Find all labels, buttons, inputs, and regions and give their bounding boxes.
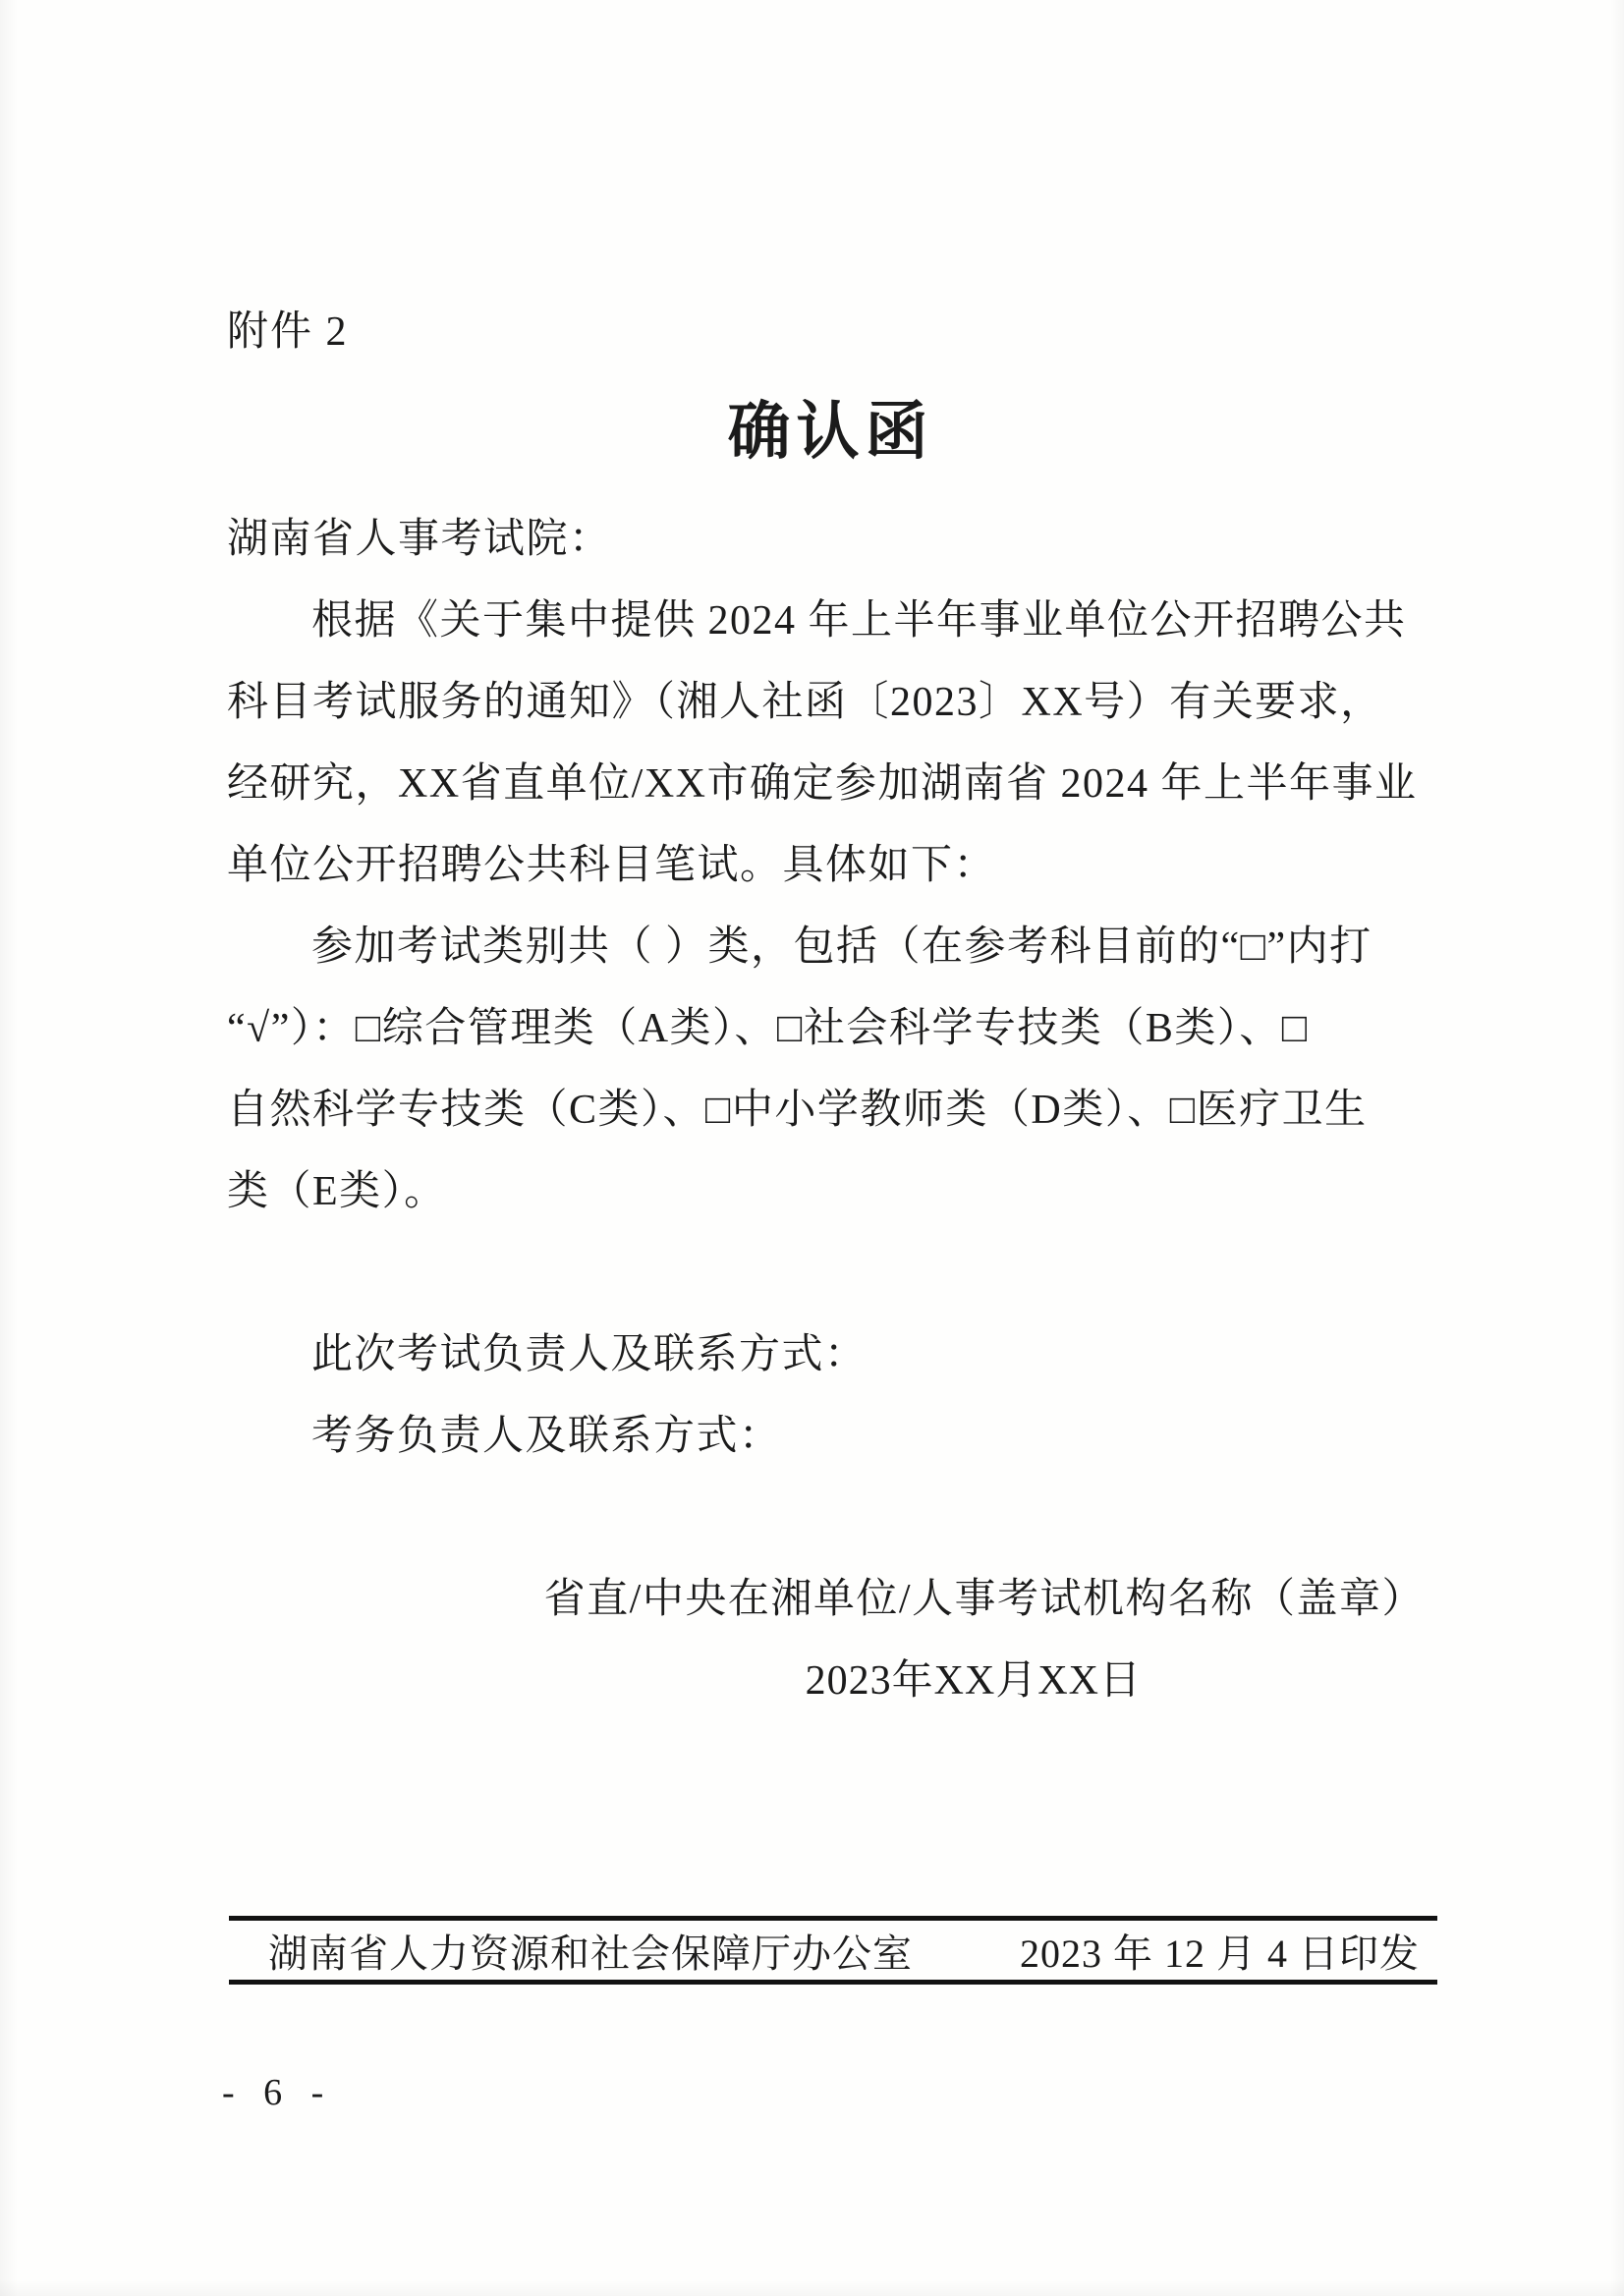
paragraph-basis-line: 单位公开招聘公共科目笔试。具体如下： <box>227 825 1434 907</box>
footer-issuer: 湖南省人力资源和社会保障厅办公室 <box>268 1923 913 1979</box>
paragraph-basis-line: 经研究，XX省直单位/XX市确定参加湖南省 2024 年上半年事业 <box>227 744 1434 825</box>
paragraph-basis-line: 科目考试服务的通知》（湘人社函〔2023〕XX号）有关要求， <box>227 662 1434 744</box>
colophon-footer: 湖南省人力资源和社会保障厅办公室 2023 年 12 月 4 日印发 <box>229 1916 1437 1985</box>
signature-line: 省直/中央在湘单位/人事考试机构名称（盖章） <box>227 1559 1434 1641</box>
attachment-label: 附件 2 <box>227 292 349 373</box>
contact-line-exam: 此次考试负责人及联系方式： <box>227 1315 1434 1396</box>
salutation: 湖南省人事考试院： <box>227 499 1434 581</box>
paragraph-categories: 参加考试类别共（ ）类，包括（在参考科目前的“□”内打 “√”）：□综合管理类（… <box>227 907 1434 1233</box>
contact-line-affairs: 考务负责人及联系方式： <box>227 1396 1434 1478</box>
date-line: 2023年XX月XX日 <box>227 1641 1434 1722</box>
paragraph-categories-line: 参加考试类别共（ ）类，包括（在参考科目前的“□”内打 <box>227 907 1434 988</box>
footer-print-date: 2023 年 12 月 4 日印发 <box>1020 1923 1420 1979</box>
paragraph-categories-line: “√”）：□综合管理类（A类）、□社会科学专技类（B类）、□ <box>227 988 1434 1070</box>
document-page: 附件 2 确认函 湖南省人事考试院： 根据《关于集中提供 2024 年上半年事业… <box>0 0 1624 2296</box>
page-number: - 6 - <box>222 2071 333 2114</box>
paragraph-basis: 根据《关于集中提供 2024 年上半年事业单位公开招聘公共 科目考试服务的通知》… <box>227 581 1434 907</box>
paragraph-categories-line: 自然科学专技类（C类）、□中小学教师类（D类）、□医疗卫生 <box>227 1070 1434 1151</box>
paragraph-categories-line: 类（E类）。 <box>227 1151 1434 1233</box>
page-title: 确认函 <box>227 385 1434 479</box>
paragraph-basis-line: 根据《关于集中提供 2024 年上半年事业单位公开招聘公共 <box>227 581 1434 662</box>
